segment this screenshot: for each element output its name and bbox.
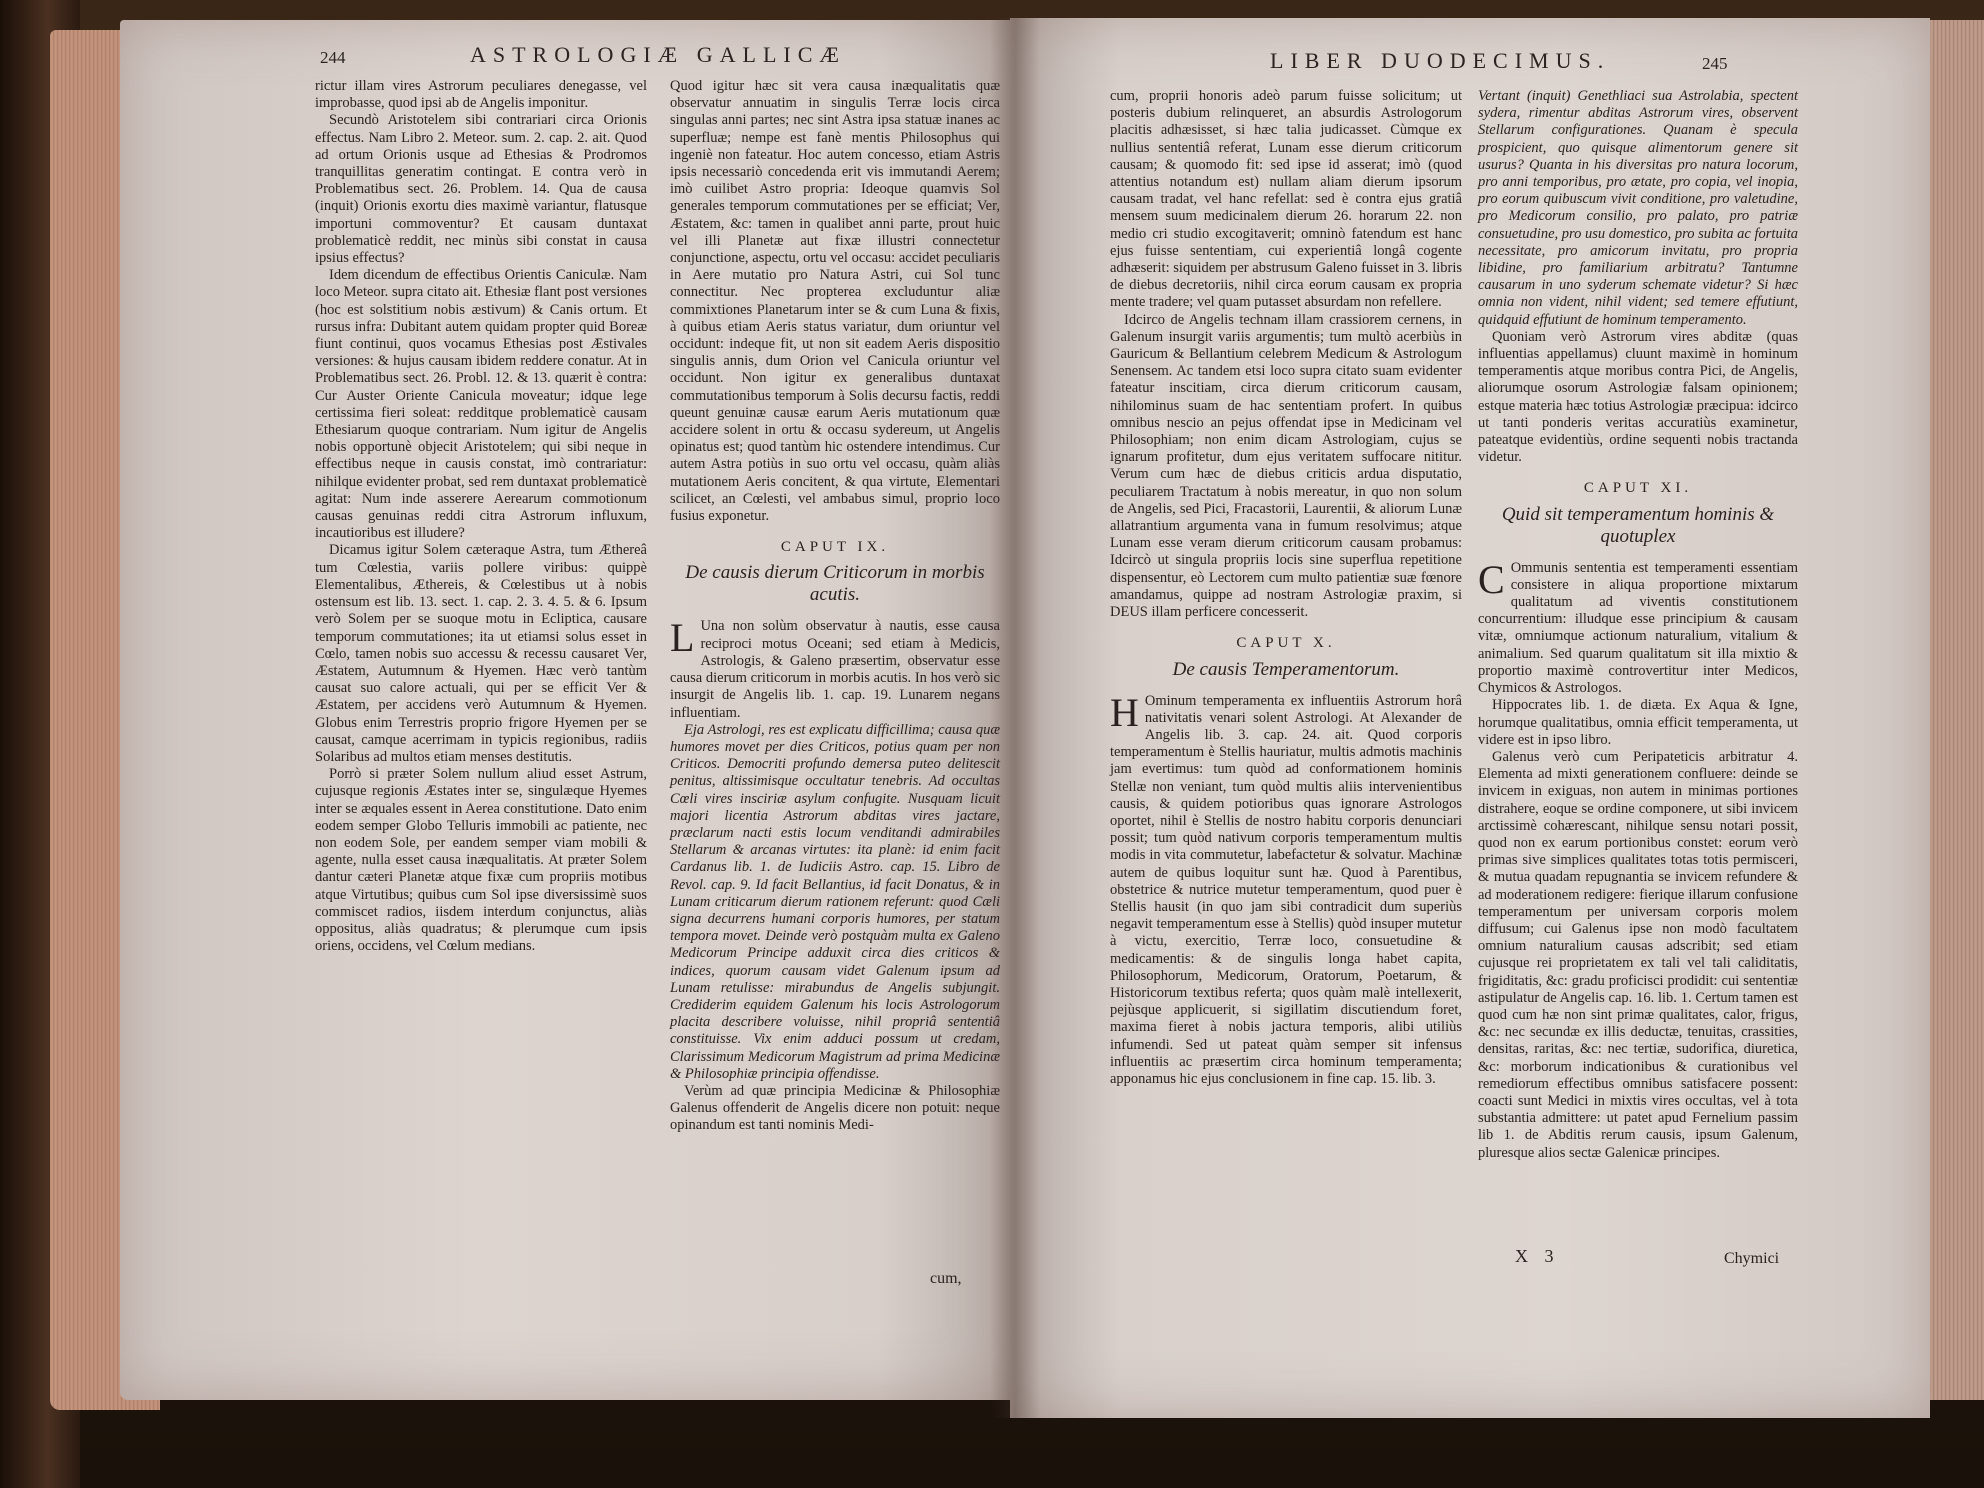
book-gutter xyxy=(990,18,1040,1418)
signature-mark: X 3 xyxy=(1515,1246,1560,1267)
paragraph: Verùm ad quæ principia Medicinæ & Philos… xyxy=(670,1083,1000,1135)
paragraph: Porrò si præter Solem nullum aliud esset… xyxy=(315,766,647,955)
paragraph: Idem dicendum de effectibus Orientis Can… xyxy=(315,267,647,542)
right-page: LIBER DUODECIMUS. 245 cum, proprii honor… xyxy=(1010,18,1930,1418)
right-page-column-2: Vertant (inquit) Genethliaci sua Astrola… xyxy=(1478,88,1798,1162)
paragraph: Hippocrates lib. 1. de diæta. Ex Aqua & … xyxy=(1478,697,1798,749)
running-head-right: LIBER DUODECIMUS. xyxy=(1270,48,1610,74)
running-head-left: ASTROLOGIÆ GALLICÆ xyxy=(470,42,846,68)
right-page-column-1: cum, proprii honoris adeò parum fuisse s… xyxy=(1110,88,1462,1088)
page-number-left: 244 xyxy=(320,48,346,68)
chapter-title: De causis dierum Criticorum in morbis ac… xyxy=(670,562,1000,606)
quotation: Eja Astrologi, res est explicatu diffici… xyxy=(670,722,1000,1083)
paragraph: Galenus verò cum Peripateticis arbitratu… xyxy=(1478,749,1798,1162)
paragraph: cum, proprii honoris adeò parum fuisse s… xyxy=(1110,88,1462,312)
paragraph: Idcirco de Angelis technam illam crassio… xyxy=(1110,312,1462,622)
chapter-label: CAPUT XI. xyxy=(1478,480,1798,497)
paragraph: Dicamus igitur Solem cæteraque Astra, tu… xyxy=(315,542,647,766)
chapter-title: Quid sit temperamentum hominis & quotupl… xyxy=(1478,504,1798,548)
drop-cap: H xyxy=(1110,695,1139,731)
paragraph: Secundò Aristotelem sibi contrariari cir… xyxy=(315,112,647,267)
left-page-column-2: Quod igitur hæc sit vera causa inæqualit… xyxy=(670,78,1000,1135)
catchword-left: cum, xyxy=(930,1270,962,1288)
chapter-label: CAPUT IX. xyxy=(670,539,1000,556)
paragraph: Quoniam verò Astrorum vires abditæ (quas… xyxy=(1478,329,1798,467)
paragraph: rictur illam vires Astrorum peculiares d… xyxy=(315,78,647,112)
paragraph: Quod igitur hæc sit vera causa inæqualit… xyxy=(670,78,1000,525)
drop-cap: L xyxy=(670,620,694,656)
paragraph: Una non solùm observatur à nautis, esse … xyxy=(670,618,1000,720)
catchword-right: Chymici xyxy=(1724,1250,1779,1268)
quotation: Vertant (inquit) Genethliaci sua Astrola… xyxy=(1478,88,1798,329)
paragraph: Ominum temperamenta ex influentiis Astro… xyxy=(1110,693,1462,1087)
drop-cap: C xyxy=(1478,562,1505,598)
chapter-title: De causis Temperamentorum. xyxy=(1110,659,1462,681)
chapter-label: CAPUT X. xyxy=(1110,635,1462,652)
page-number-right: 245 xyxy=(1702,54,1728,74)
paragraph: Ommunis sententia est temperamenti essen… xyxy=(1478,560,1798,696)
left-page-column-1: rictur illam vires Astrorum peculiares d… xyxy=(315,78,647,955)
left-page: 244 ASTROLOGIÆ GALLICÆ rictur illam vire… xyxy=(120,20,1010,1400)
